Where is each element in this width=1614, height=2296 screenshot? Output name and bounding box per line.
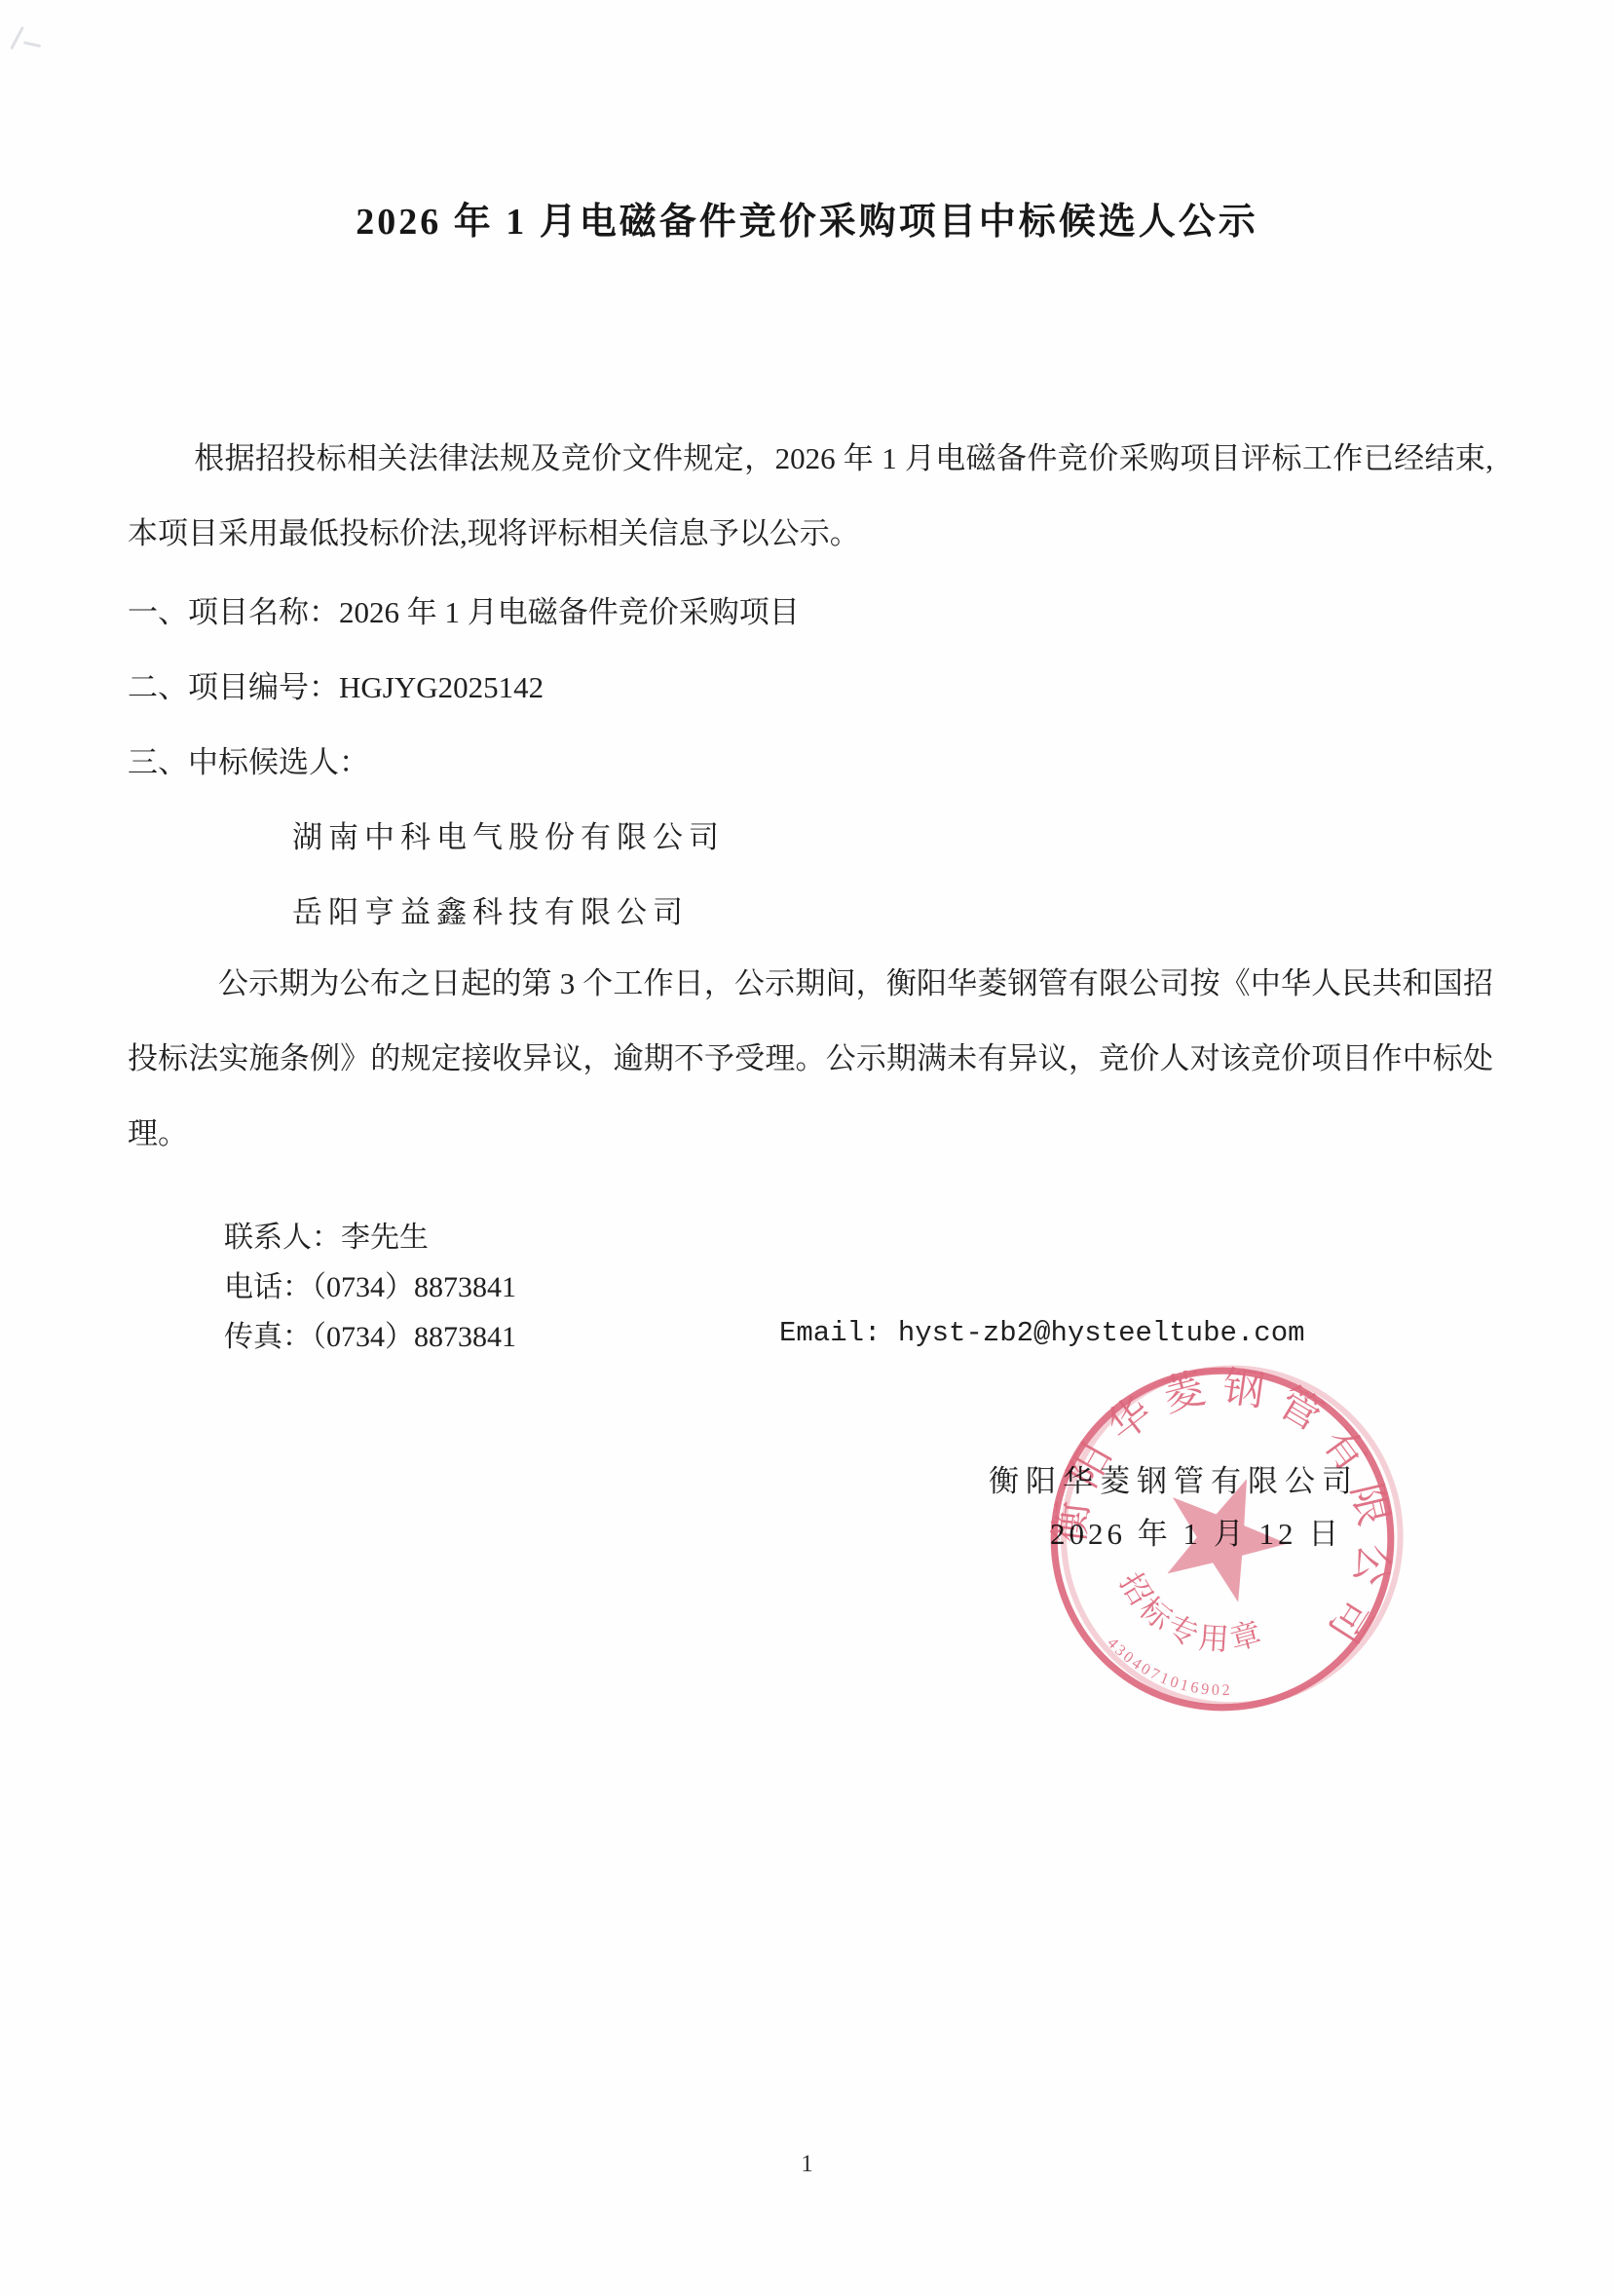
page-title: 2026 年 1 月电磁备件竞价采购项目中标候选人公示 — [0, 191, 1614, 245]
candidate-item: 岳阳亨益鑫科技有限公司 — [292, 887, 689, 931]
page-number: 1 — [0, 2151, 1614, 2178]
contact-phone-label: 电话： — [224, 1271, 312, 1303]
notice-paragraph: 公示期为公布之日起的第 3 个工作日，公示期间，衡阳华菱钢管有限公司按《中华人民… — [128, 946, 1493, 1171]
document-page: 2026 年 1 月电磁备件竞价采购项目中标候选人公示 根据招投标相关法律法规及… — [0, 0, 1614, 2296]
scan-artifact — [23, 41, 41, 48]
contact-phone-line: 电话：（0734）8873841 — [224, 1262, 516, 1305]
project-number-value: HGJYG2025142 — [339, 670, 544, 704]
company-seal: 衡阳华菱钢管有限公司 招标专用章 4304071016902 — [1035, 1352, 1409, 1726]
contact-email-value: hyst-zb2@hysteeltube.com — [898, 1317, 1305, 1349]
project-name-line: 一、项目名称：2026 年 1 月电磁备件竞价采购项目 — [128, 587, 800, 631]
contact-email-label: Email: — [779, 1317, 881, 1349]
contact-email-line: Email: hyst-zb2@hysteeltube.com — [779, 1317, 1305, 1349]
project-number-line: 二、项目编号：HGJYG2025142 — [128, 662, 544, 706]
project-name-label: 一、项目名称： — [128, 595, 339, 629]
contact-person-line: 联系人：李先生 — [224, 1213, 429, 1256]
project-number-label: 二、项目编号： — [128, 670, 339, 704]
contact-fax-value: （0734）8873841 — [312, 1321, 516, 1353]
contact-phone-value: （0734）8873841 — [312, 1271, 516, 1303]
intro-paragraph: 根据招投标相关法律法规及竞价文件规定，2026 年 1 月电磁备件竞价采购项目评… — [128, 421, 1493, 571]
contact-person-value: 李先生 — [341, 1222, 429, 1254]
contact-person-label: 联系人： — [224, 1222, 341, 1254]
seal-star-icon — [1145, 1455, 1304, 1610]
candidate-item: 湖南中科电气股份有限公司 — [292, 812, 725, 856]
project-name-value: 2026 年 1 月电磁备件竞价采购项目 — [339, 595, 800, 629]
contact-fax-line: 传真：（0734）8873841 — [224, 1312, 516, 1355]
scan-artifact — [10, 26, 24, 50]
contact-fax-label: 传真： — [224, 1321, 312, 1353]
candidates-heading: 三、中标候选人： — [128, 737, 369, 781]
